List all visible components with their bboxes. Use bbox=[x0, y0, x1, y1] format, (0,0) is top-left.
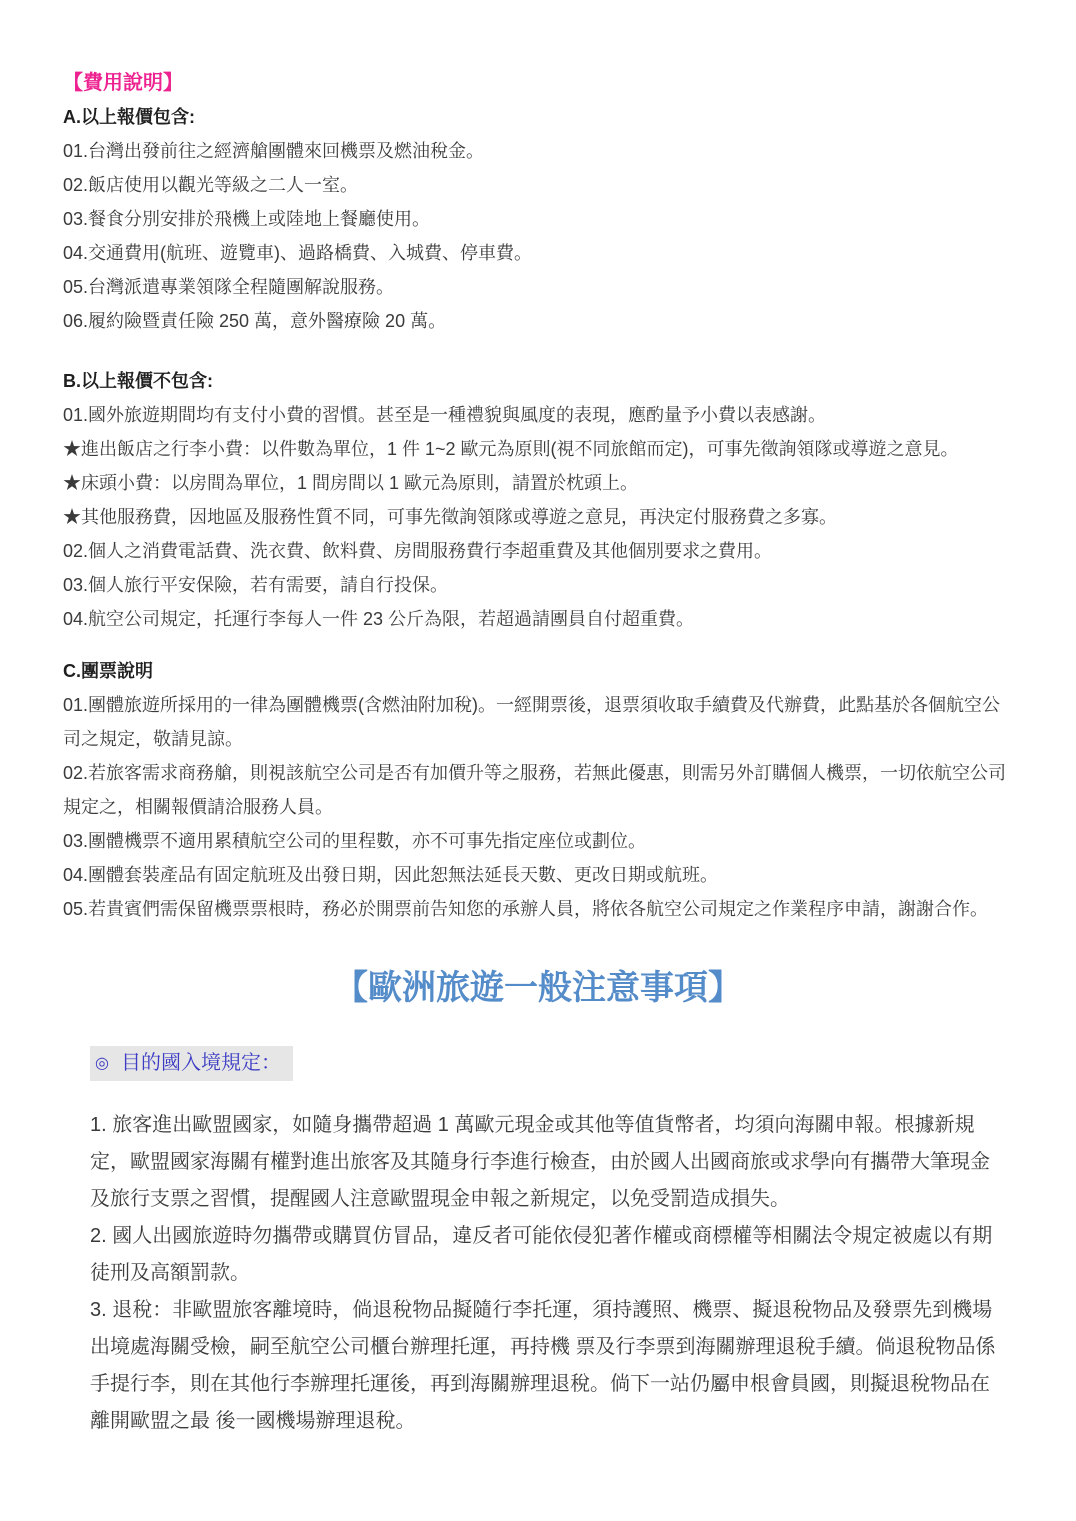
target-bullet-icon: ◎ bbox=[95, 1055, 109, 1072]
fee-included-item-5: 05.台灣派遣專業領隊全程隨團解說服務。 bbox=[63, 270, 1014, 304]
group-ticket-item-3: 03.團體機票不適用累積航空公司的里程數，亦不可事先指定座位或劃位。 bbox=[63, 824, 1014, 858]
fee-block-excluded: B.以上報價不包含: 01.國外旅遊期間均有支付小費的習慣。甚至是一種禮貌與風度… bbox=[63, 364, 1014, 636]
fee-section-title: 【費用說明】 bbox=[63, 66, 1014, 100]
group-ticket-item-4: 04.團體套裝產品有固定航班及出發日期，因此恕無法延長天數、更改日期或航班。 bbox=[63, 858, 1014, 892]
entry-rule-3: 3. 退稅：非歐盟旅客離境時，倘退稅物品擬隨行李托運，須持護照、機票、擬退稅物品… bbox=[90, 1292, 1008, 1440]
fee-block-excluded-heading: B.以上報價不包含: bbox=[63, 364, 1014, 398]
fee-included-item-3: 03.餐食分別安排於飛機上或陸地上餐廳使用。 bbox=[63, 202, 1014, 236]
fee-description-section: 【費用說明】 A.以上報價包含: 01.台灣出發前往之經濟艙團體來回機票及燃油稅… bbox=[0, 0, 1076, 926]
fee-excluded-item-3: ★床頭小費：以房間為單位，1 間房間以 1 歐元為原則，請置於枕頭上。 bbox=[63, 466, 1014, 500]
group-ticket-item-5: 05.若貴賓們需保留機票票根時，務必於開票前告知您的承辦人員，將依各航空公司規定… bbox=[63, 892, 1014, 926]
entry-rule-2: 2. 國人出國旅遊時勿攜帶或購買仿冒品，違反者可能依侵犯著作權或商標權等相關法令… bbox=[90, 1218, 1008, 1292]
fee-excluded-item-6: 03.個人旅行平安保險，若有需要，請自行投保。 bbox=[63, 568, 1014, 602]
group-ticket-item-1: 01.團體旅遊所採用的一律為團體機票(含燃油附加稅)。一經開票後，退票須收取手續… bbox=[63, 688, 1014, 756]
fee-excluded-item-5: 02.個人之消費電話費、洗衣費、飲料費、房間服務費行李超重費及其他個別要求之費用… bbox=[63, 534, 1014, 568]
entry-rules-label: 目的國入境規定： bbox=[121, 1052, 281, 1074]
fee-block-included: A.以上報價包含: 01.台灣出發前往之經濟艙團體來回機票及燃油稅金。 02.飯… bbox=[63, 100, 1014, 338]
fee-included-item-1: 01.台灣出發前往之經濟艙團體來回機票及燃油稅金。 bbox=[63, 134, 1014, 168]
fee-included-item-2: 02.飯店使用以觀光等級之二人一室。 bbox=[63, 168, 1014, 202]
group-ticket-item-2: 02.若旅客需求商務艙，則視該航空公司是否有加價升等之服務，若無此優惠，則需另外… bbox=[63, 756, 1014, 824]
entry-rule-1: 1. 旅客進出歐盟國家，如隨身攜帶超過 1 萬歐元現金或其他等值貨幣者，均須向海… bbox=[90, 1107, 1008, 1218]
fee-excluded-item-2: ★進出飯店之行李小費：以件數為單位，1 件 1~2 歐元為原則(視不同旅館而定)… bbox=[63, 432, 1014, 466]
fee-excluded-item-4: ★其他服務費，因地區及服務性質不同，可事先徵詢領隊或導遊之意見，再決定付服務費之… bbox=[63, 500, 1014, 534]
fee-included-item-4: 04.交通費用(航班、遊覽車)、過路橋費、入城費、停車費。 bbox=[63, 236, 1014, 270]
entry-rules-subheading: ◎目的國入境規定： bbox=[90, 1046, 293, 1081]
entry-rules-paragraphs: 1. 旅客進出歐盟國家，如隨身攜帶超過 1 萬歐元現金或其他等值貨幣者，均須向海… bbox=[90, 1107, 1008, 1440]
fee-block-group-ticket-heading: C.團票說明 bbox=[63, 654, 1014, 688]
fee-block-group-ticket: C.團票說明 01.團體旅遊所採用的一律為團體機票(含燃油附加稅)。一經開票後，… bbox=[63, 654, 1014, 926]
europe-notes-section: 【歐洲旅遊一般注意事項】 ◎目的國入境規定： 1. 旅客進出歐盟國家，如隨身攜帶… bbox=[0, 968, 1076, 1440]
fee-excluded-item-1: 01.國外旅遊期間均有支付小費的習慣。甚至是一種禮貌與風度的表現，應酌量予小費以… bbox=[63, 398, 1014, 432]
fee-block-included-heading: A.以上報價包含: bbox=[63, 100, 1014, 134]
europe-section-title: 【歐洲旅遊一般注意事項】 bbox=[68, 968, 1008, 1008]
fee-excluded-item-7: 04.航空公司規定，托運行李每人一件 23 公斤為限，若超過請團員自付超重費。 bbox=[63, 602, 1014, 636]
fee-included-item-6: 06.履約險暨責任險 250 萬，意外醫療險 20 萬。 bbox=[63, 304, 1014, 338]
travel-itinerary-document: 【費用說明】 A.以上報價包含: 01.台灣出發前往之經濟艙團體來回機票及燃油稅… bbox=[0, 0, 1076, 1521]
